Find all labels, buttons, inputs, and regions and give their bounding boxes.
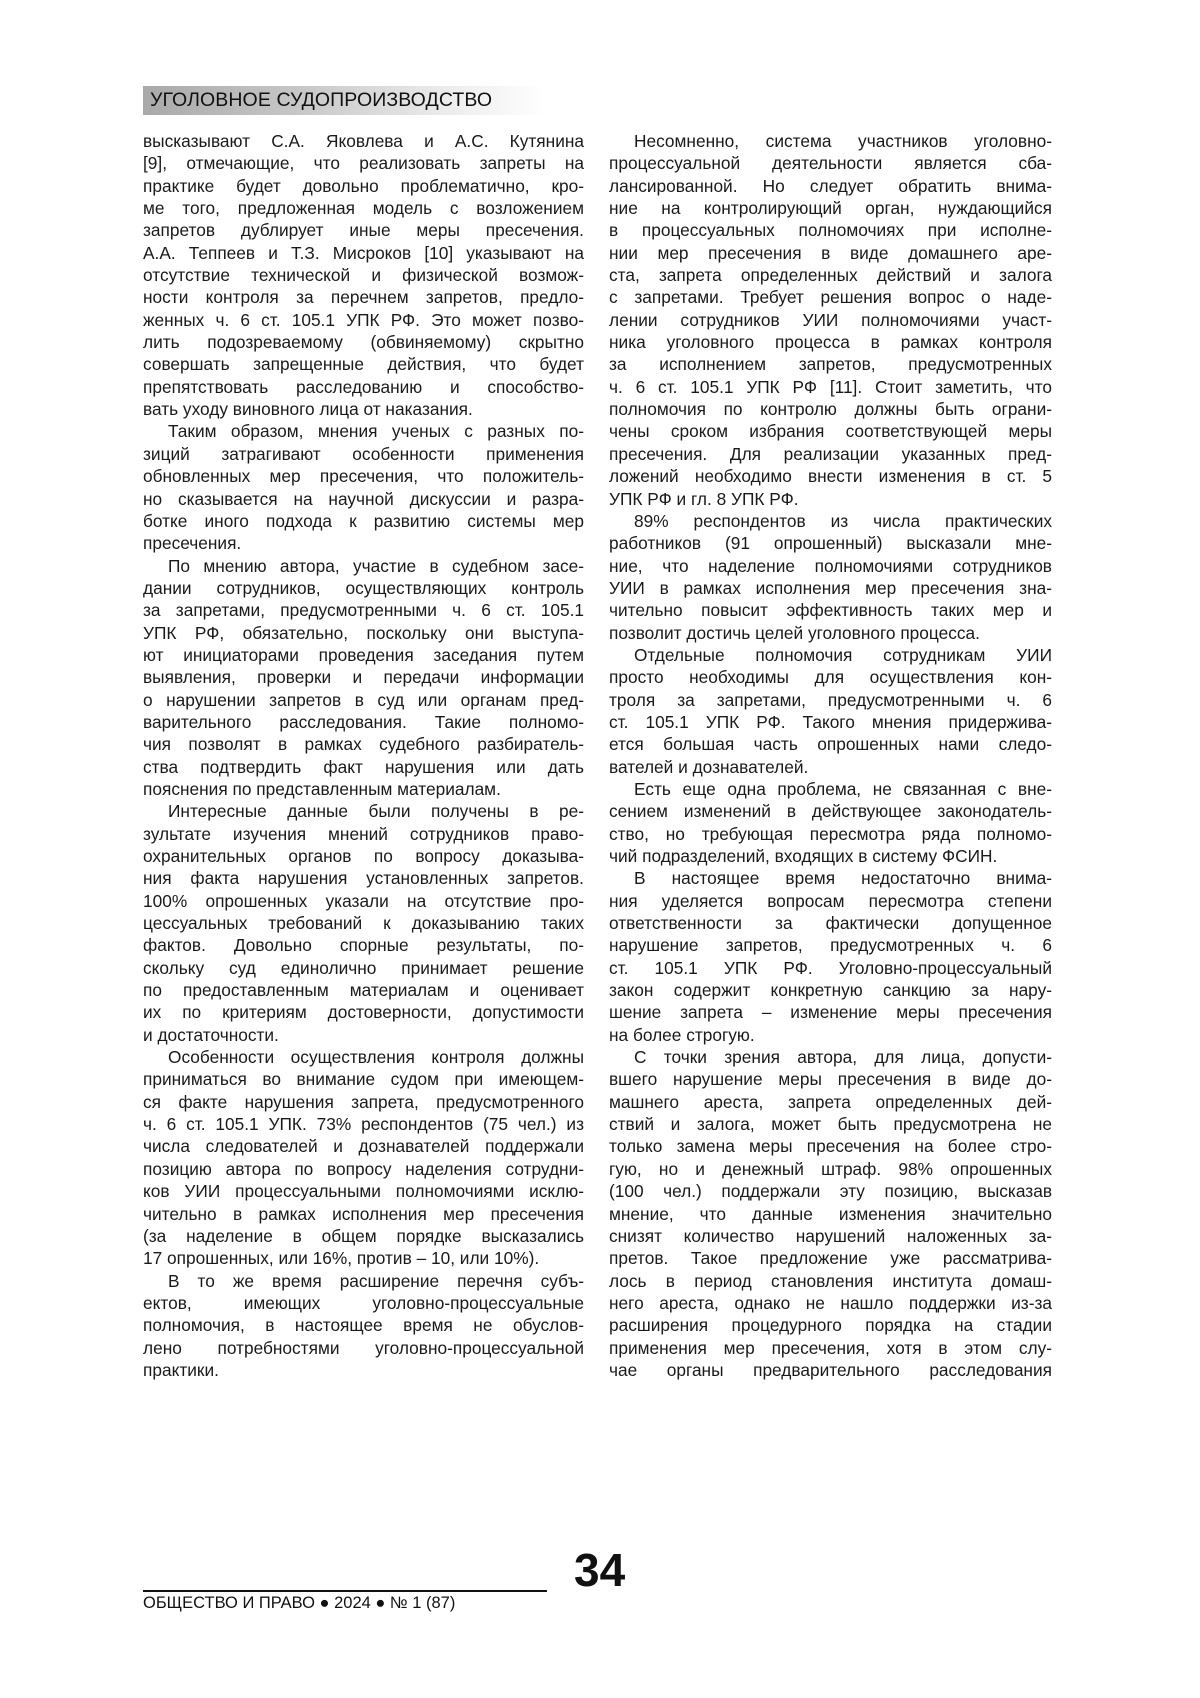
text-line: ности контроля за перечнем запретов, пре… <box>143 286 584 308</box>
text-line: Есть еще одна проблема, не связанная с в… <box>609 778 1052 800</box>
text-line: ника уголовного процесса в рамках контро… <box>609 331 1052 353</box>
text-line: и достаточности. <box>143 1024 584 1046</box>
text-line: троля за запретами, предусмотренными ч. … <box>609 689 1052 711</box>
text-line: машнего ареста, запрета определенных дей… <box>609 1091 1052 1113</box>
text-line: цессуальных требований к доказыванию так… <box>143 912 584 934</box>
text-line: ч. 6 ст. 105.1 УПК. 73% респондентов (75… <box>143 1113 584 1135</box>
paragraph: В то же время расширение перечня субъ-ек… <box>143 1270 584 1382</box>
text-line: за запретами, предусмотренными ч. 6 ст. … <box>143 599 584 621</box>
text-line: 89% респондентов из числа практических <box>609 510 1052 532</box>
text-line: ложений необходимо внести изменения в ст… <box>609 465 1052 487</box>
text-line: за исполнением запретов, предусмотренных <box>609 353 1052 375</box>
text-line: ектов, имеющих уголовно-процессуальные <box>143 1292 584 1314</box>
text-line: высказывают С.А. Яковлева и А.С. Кутянин… <box>143 130 584 152</box>
text-line: ста, запрета определенных действий и зал… <box>609 264 1052 286</box>
text-line: ние на контролирующий орган, нуждающийся <box>609 197 1052 219</box>
text-line: лить подозреваемому (обвиняемому) скрытн… <box>143 331 584 353</box>
text-line: пресечения. Для реализации указанных пре… <box>609 443 1052 465</box>
text-line: ство, но требующая пересмотра ряда полно… <box>609 823 1052 845</box>
paragraph: С точки зрения автора, для лица, допусти… <box>609 1046 1052 1381</box>
text-line: ствий и залога, может быть предусмотрена… <box>609 1113 1052 1135</box>
text-line: охранительных органов по вопросу доказыв… <box>143 845 584 867</box>
text-line: УИИ в рамках исполнения мер пресечения з… <box>609 577 1052 599</box>
text-line: сением изменений в действующее законодат… <box>609 800 1052 822</box>
text-line: 17 опрошенных, или 16%, против – 10, или… <box>143 1247 584 1269</box>
text-line: Особенности осуществления контроля должн… <box>143 1046 584 1068</box>
text-line: лении сотрудников УИИ полномочиями участ… <box>609 309 1052 331</box>
text-line: числа следователей и дознавателей поддер… <box>143 1135 584 1157</box>
right-column: Несомненно, система участников уголовно-… <box>609 130 1052 1381</box>
text-line: расширения процедурного порядка на стади… <box>609 1314 1052 1336</box>
text-line: (100 чел.) поддержали эту позицию, выска… <box>609 1180 1052 1202</box>
text-line: шение запрета – изменение меры пресечени… <box>609 1001 1052 1023</box>
text-line: препятствовать расследованию и способств… <box>143 376 584 398</box>
text-line: ст. 105.1 УПК РФ. Уголовно-процессуальны… <box>609 957 1052 979</box>
text-line: совершать запрещенные действия, что буде… <box>143 353 584 375</box>
text-line: ства подтвердить факт нарушения или дать <box>143 756 584 778</box>
text-line: ботке иного подхода к развитию системы м… <box>143 510 584 532</box>
text-line: чий подразделений, входящих в систему ФС… <box>609 845 1052 867</box>
text-line: их по критериям достоверности, допустимо… <box>143 1001 584 1023</box>
text-line: мнение, что данные изменения значительно <box>609 1203 1052 1225</box>
text-line: обновленных мер пресечения, что положите… <box>143 465 584 487</box>
text-line: ния уделяется вопросам пересмотра степен… <box>609 890 1052 912</box>
paragraph: 89% респондентов из числа практическихра… <box>609 510 1052 644</box>
text-line: УПК РФ, обязательно, поскольку они высту… <box>143 622 584 644</box>
text-line: ется большая часть опрошенных нами следо… <box>609 733 1052 755</box>
text-line: о нарушении запретов в суд или органам п… <box>143 689 584 711</box>
text-line: нарушение запретов, предусмотренных ч. 6 <box>609 934 1052 956</box>
text-line: А.А. Теппеев и Т.З. Мисроков [10] указыв… <box>143 242 584 264</box>
text-line: позволит достичь целей уголовного процес… <box>609 622 1052 644</box>
text-line: только замена меры пресечения на более с… <box>609 1135 1052 1157</box>
text-line: ков УИИ процессуальными полномочиями иск… <box>143 1180 584 1202</box>
text-line: ч. 6 ст. 105.1 УПК РФ [11]. Стоит замети… <box>609 376 1052 398</box>
text-line: ответственности за фактически допущенное <box>609 912 1052 934</box>
text-line: него ареста, однако не нашло поддержки и… <box>609 1292 1052 1314</box>
text-line: выявления, проверки и передачи информаци… <box>143 666 584 688</box>
text-line: практике будет довольно проблематично, к… <box>143 175 584 197</box>
paragraph: Отдельные полномочия сотрудникам УИИпрос… <box>609 644 1052 778</box>
text-line: процессуальной деятельности является сба… <box>609 152 1052 174</box>
paragraph: Есть еще одна проблема, не связанная с в… <box>609 778 1052 867</box>
section-title: УГОЛОВНОЕ СУДОПРОИЗВОДСТВО <box>150 89 492 112</box>
text-line: лансированной. Но следует обратить внима… <box>609 175 1052 197</box>
text-line: скольку суд единолично принимает решение <box>143 957 584 979</box>
text-line: По мнению автора, участие в судебном зас… <box>143 555 584 577</box>
text-line: зиций затрагивают особенности применения <box>143 443 584 465</box>
text-line: претов. Такое предложение уже рассматрив… <box>609 1247 1052 1269</box>
text-line: ся факте нарушения запрета, предусмотрен… <box>143 1091 584 1113</box>
text-line: ме того, предложенная модель с возложени… <box>143 197 584 219</box>
text-line: В настоящее время недостаточно внима- <box>609 867 1052 889</box>
text-line: позицию автора по вопросу наделения сотр… <box>143 1158 584 1180</box>
text-line: Несомненно, система участников уголовно- <box>609 130 1052 152</box>
text-line: ст. 105.1 УПК РФ. Такого мнения придержи… <box>609 711 1052 733</box>
text-line: вателей и дознавателей. <box>609 756 1052 778</box>
section-header: УГОЛОВНОЕ СУДОПРОИЗВОДСТВО <box>143 86 547 115</box>
text-line: полномочия по контролю должны быть огран… <box>609 398 1052 420</box>
paragraph: По мнению автора, участие в судебном зас… <box>143 555 584 801</box>
text-line: ют инициаторами проведения заседания пут… <box>143 644 584 666</box>
text-line: просто необходимы для осуществления кон- <box>609 666 1052 688</box>
footer-divider <box>143 1590 547 1592</box>
text-line: работников (91 опрошенный) высказали мне… <box>609 532 1052 554</box>
text-line: лено потребностями уголовно-процессуальн… <box>143 1337 584 1359</box>
text-line: приниматься во внимание судом при имеюще… <box>143 1068 584 1090</box>
text-line: вать уходу виновного лица от наказания. <box>143 398 584 420</box>
text-line: пресечения. <box>143 532 584 554</box>
text-line: чае органы предварительного расследовани… <box>609 1359 1052 1381</box>
text-line: варительного расследования. Такие полном… <box>143 711 584 733</box>
text-line: Интересные данные были получены в ре- <box>143 800 584 822</box>
text-line: чены сроком избрания соответствующей мер… <box>609 420 1052 442</box>
paragraph: Особенности осуществления контроля должн… <box>143 1046 584 1269</box>
text-line: С точки зрения автора, для лица, допусти… <box>609 1046 1052 1068</box>
text-line: вшего нарушение меры пресечения в виде д… <box>609 1068 1052 1090</box>
text-line: чительно повысит эффективность таких мер… <box>609 599 1052 621</box>
page-number: 34 <box>574 1547 625 1593</box>
text-line: Отдельные полномочия сотрудникам УИИ <box>609 644 1052 666</box>
text-line: женных ч. 6 ст. 105.1 УПК РФ. Это может … <box>143 309 584 331</box>
text-line: [9], отмечающие, что реализовать запреты… <box>143 152 584 174</box>
text-line: (за наделение в общем порядке высказалис… <box>143 1225 584 1247</box>
text-line: но сказывается на научной дискуссии и ра… <box>143 488 584 510</box>
text-line: полномочия, в настоящее время не обуслов… <box>143 1314 584 1336</box>
text-line: УПК РФ и гл. 8 УПК РФ. <box>609 488 1052 510</box>
text-line: с запретами. Требует решения вопрос о на… <box>609 286 1052 308</box>
text-line: отсутствие технической и физической возм… <box>143 264 584 286</box>
text-line: пояснения по представленным материалам. <box>143 778 584 800</box>
text-line: чительно в рамках исполнения мер пресече… <box>143 1203 584 1225</box>
text-line: 100% опрошенных указали на отсутствие пр… <box>143 890 584 912</box>
text-line: Таким образом, мнения ученых с разных по… <box>143 420 584 442</box>
text-line: на более строгую. <box>609 1024 1052 1046</box>
text-line: применения мер пресечения, хотя в этом с… <box>609 1337 1052 1359</box>
text-line: запретов дублирует иные меры пресечения. <box>143 219 584 241</box>
text-line: ния факта нарушения установленных запрет… <box>143 867 584 889</box>
paragraph: В настоящее время недостаточно внима-ния… <box>609 867 1052 1046</box>
text-line: практики. <box>143 1359 584 1381</box>
text-line: снизят количество нарушений наложенных з… <box>609 1225 1052 1247</box>
text-line: дании сотрудников, осуществляющих контро… <box>143 577 584 599</box>
paragraph: Интересные данные были получены в ре-зул… <box>143 800 584 1046</box>
paragraph: высказывают С.А. Яковлева и А.С. Кутянин… <box>143 130 584 420</box>
text-line: В то же время расширение перечня субъ- <box>143 1270 584 1292</box>
text-line: закон содержит конкретную санкцию за нар… <box>609 979 1052 1001</box>
left-column: высказывают С.А. Яковлева и А.С. Кутянин… <box>143 130 584 1381</box>
text-line: нии мер пресечения в виде домашнего аре- <box>609 242 1052 264</box>
text-line: зультате изучения мнений сотрудников пра… <box>143 823 584 845</box>
text-line: ние, что наделение полномочиями сотрудни… <box>609 555 1052 577</box>
text-line: фактов. Довольно спорные результаты, по- <box>143 934 584 956</box>
text-line: по предоставленным материалам и оценивае… <box>143 979 584 1001</box>
text-line: гую, но и денежный штраф. 98% опрошенных <box>609 1158 1052 1180</box>
text-line: чия позволят в рамках судебного разбират… <box>143 733 584 755</box>
text-line: в процессуальных полномочиях при исполне… <box>609 219 1052 241</box>
journal-footer: ОБЩЕСТВО И ПРАВО ● 2024 ● № 1 (87) <box>143 1594 455 1613</box>
paragraph: Таким образом, мнения ученых с разных по… <box>143 420 584 554</box>
text-line: лось в период становления института дома… <box>609 1270 1052 1292</box>
paragraph: Несомненно, система участников уголовно-… <box>609 130 1052 510</box>
